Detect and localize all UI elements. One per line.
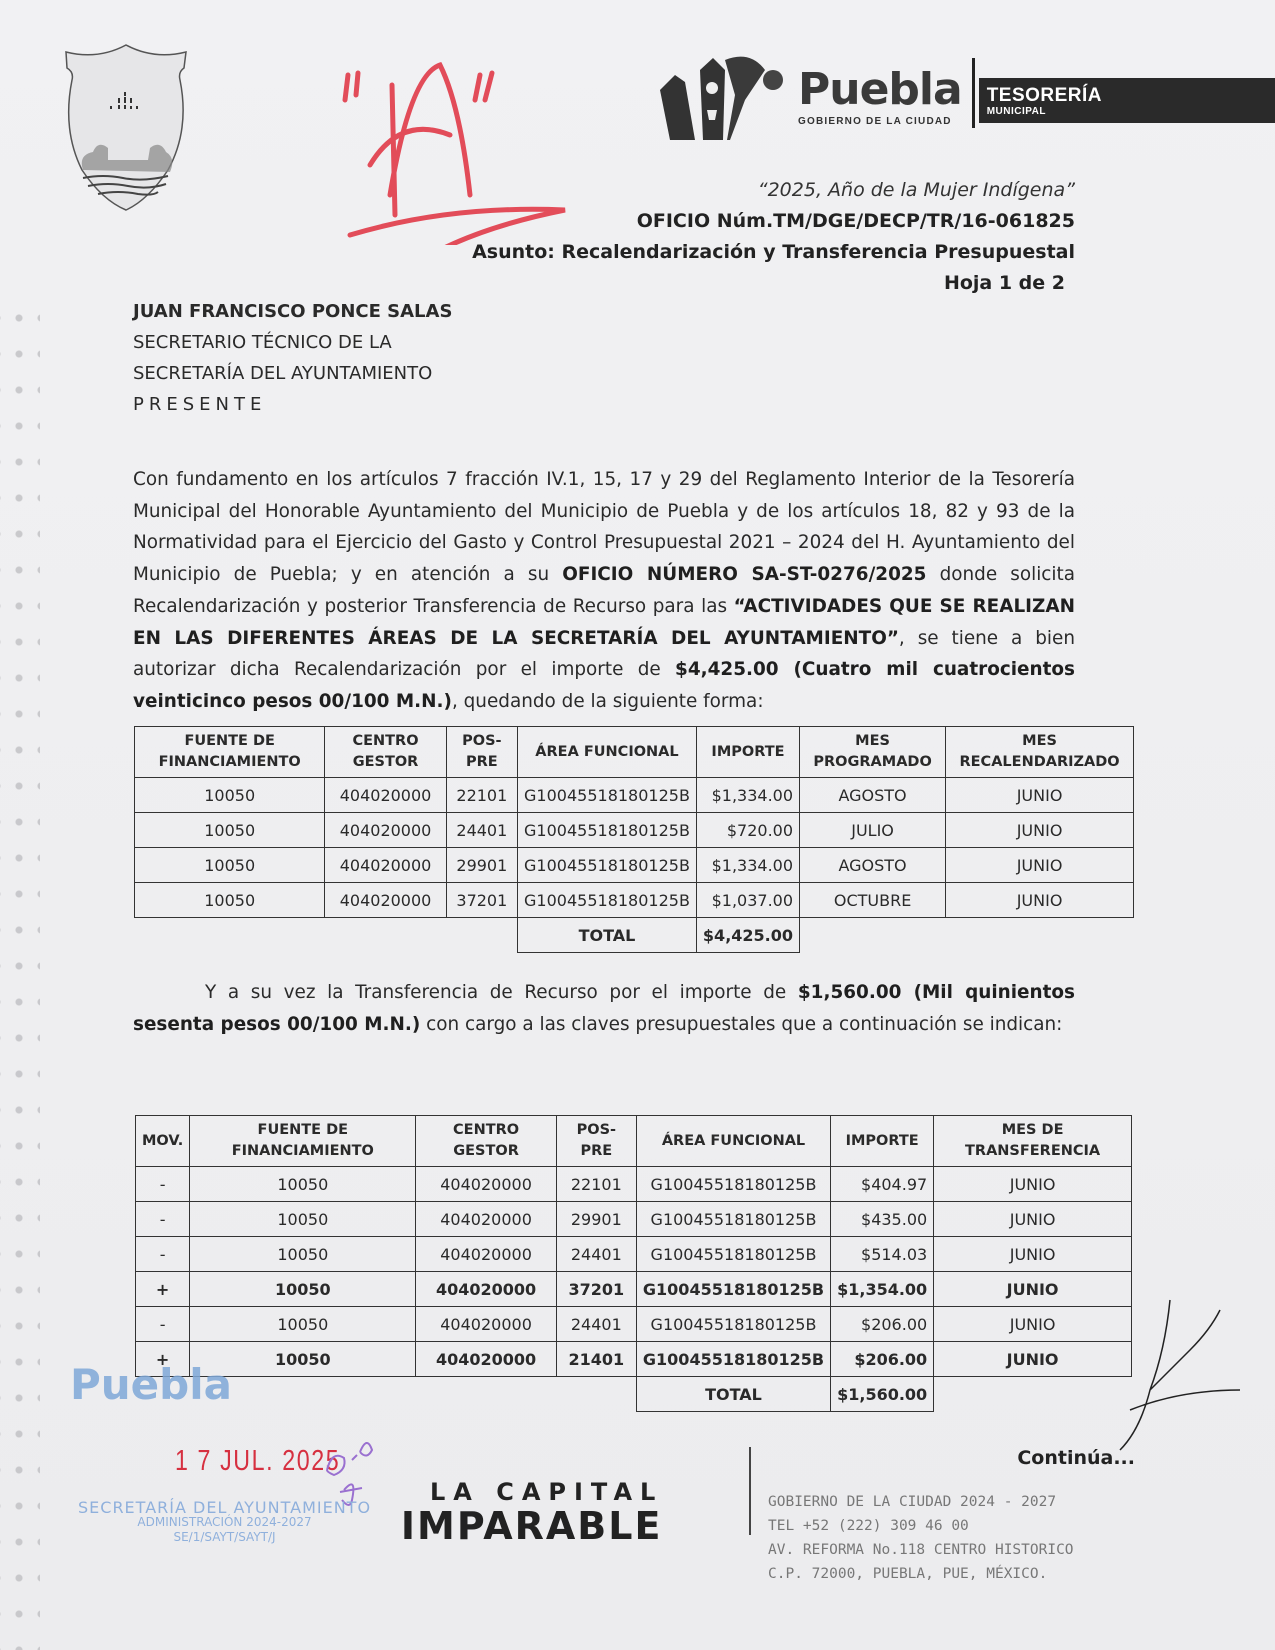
table-cell: 22101	[556, 1167, 636, 1202]
tesoreria-badge: TESORERÍA MUNICIPAL	[979, 78, 1275, 123]
badge-title: TESORERÍA	[987, 86, 1275, 106]
table-cell: G10045518180125B	[518, 813, 697, 848]
slogan-line-2: IMPARABLE	[400, 1504, 663, 1548]
table-row: -1005040402000029901G10045518180125B$435…	[136, 1202, 1132, 1237]
table-cell: JUNIO	[934, 1237, 1132, 1272]
table-cell: 22101	[446, 778, 517, 813]
table-cell: 404020000	[416, 1167, 556, 1202]
logo-subtitle: GOBIERNO DE LA CIUDAD	[798, 116, 962, 127]
address-line: TEL +52 (222) 309 46 00	[768, 1514, 1074, 1538]
table-cell: $404.97	[831, 1167, 934, 1202]
column-header: IMPORTE	[831, 1116, 934, 1167]
total-label: TOTAL	[636, 1377, 830, 1412]
table-cell: -	[136, 1237, 190, 1272]
column-header: MES RECALENDARIZADO	[946, 727, 1134, 778]
total-value: $4,425.00	[696, 918, 799, 953]
table-cell: $1,354.00	[831, 1272, 934, 1307]
transfer-table: MOV.FUENTE DE FINANCIAMIENTOCENTRO GESTO…	[135, 1115, 1132, 1412]
table-cell: 24401	[446, 813, 517, 848]
table-row: 1005040402000029901G10045518180125B$1,33…	[135, 848, 1134, 883]
table-cell: 24401	[556, 1237, 636, 1272]
table-cell: JUNIO	[934, 1167, 1132, 1202]
table-cell: G10045518180125B	[636, 1272, 830, 1307]
total-value: $1,560.00	[831, 1377, 934, 1412]
column-header: POS-PRE	[446, 727, 517, 778]
table-header-row: FUENTE DE FINANCIAMIENTOCENTRO GESTORPOS…	[135, 727, 1134, 778]
slogan-line-1: LA CAPITAL	[400, 1478, 663, 1506]
blue-reception-stamp: Puebla	[70, 1360, 232, 1409]
address-line: C.P. 72000, PUEBLA, PUE, MÉXICO.	[768, 1562, 1074, 1586]
table-cell: $1,334.00	[696, 778, 799, 813]
table-cell: JULIO	[800, 813, 946, 848]
table-cell: $1,334.00	[696, 848, 799, 883]
column-header: MES DE TRANSFERENCIA	[934, 1116, 1132, 1167]
total-label: TOTAL	[518, 918, 697, 953]
table-cell: 404020000	[325, 778, 446, 813]
table-row: -1005040402000022101G10045518180125B$404…	[136, 1167, 1132, 1202]
table-cell: 29901	[556, 1202, 636, 1237]
table-cell: G10045518180125B	[636, 1237, 830, 1272]
addressee-block: JUAN FRANCISCO PONCE SALAS SECRETARIO TÉ…	[133, 296, 452, 420]
table-cell: 404020000	[416, 1342, 556, 1377]
table-cell: -	[136, 1307, 190, 1342]
presente: PRESENTE	[133, 389, 452, 420]
table-cell: 404020000	[416, 1237, 556, 1272]
table-cell: 10050	[135, 883, 325, 918]
text: , quedando de la siguiente forma:	[452, 691, 764, 712]
perforated-edge	[0, 300, 40, 1650]
logo-divider	[972, 58, 975, 128]
table-cell: $720.00	[696, 813, 799, 848]
table-cell: -	[136, 1167, 190, 1202]
table-cell: 24401	[556, 1307, 636, 1342]
table-cell: 10050	[135, 848, 325, 883]
table-cell: 10050	[135, 813, 325, 848]
table-cell: JUNIO	[934, 1272, 1132, 1307]
motto: “2025, Año de la Mujer Indígena”	[455, 175, 1075, 206]
table-cell: 10050	[190, 1237, 416, 1272]
table-cell: 404020000	[325, 813, 446, 848]
table-cell: 37201	[446, 883, 517, 918]
table-cell: OCTUBRE	[800, 883, 946, 918]
table-cell: 21401	[556, 1342, 636, 1377]
addressee-title-1: SECRETARIO TÉCNICO DE LA	[133, 327, 452, 358]
table-row: -1005040402000024401G10045518180125B$206…	[136, 1307, 1132, 1342]
column-header: MES PROGRAMADO	[800, 727, 946, 778]
table-cell: G10045518180125B	[636, 1307, 830, 1342]
table-cell: 404020000	[325, 883, 446, 918]
table-row: 1005040402000037201G10045518180125B$1,03…	[135, 883, 1134, 918]
table-cell: JUNIO	[946, 883, 1134, 918]
table-header-row: MOV.FUENTE DE FINANCIAMIENTOCENTRO GESTO…	[136, 1116, 1132, 1167]
table-row: +1005040402000021401G10045518180125B$206…	[136, 1342, 1132, 1377]
body-paragraph-2: Y a su vez la Transferencia de Recurso p…	[133, 977, 1075, 1040]
table-cell: G10045518180125B	[518, 848, 697, 883]
blue-stamp-text: SECRETARÍA DEL AYUNTAMIENTO ADMINISTRACI…	[78, 1500, 371, 1545]
table-cell: 37201	[556, 1272, 636, 1307]
stamp-line-3: SE/1/SAYT/SAYT/J	[78, 1530, 371, 1545]
page-count: Hoja 1 de 2	[455, 268, 1075, 299]
table-cell: 10050	[135, 778, 325, 813]
text: Y a su vez la Transferencia de Recurso p…	[205, 982, 798, 1003]
column-header: CENTRO GESTOR	[416, 1116, 556, 1167]
oficio-reference: OFICIO NÚMERO SA-ST-0276/2025	[562, 564, 926, 585]
table-cell: JUNIO	[946, 813, 1134, 848]
table-cell: 404020000	[325, 848, 446, 883]
table-cell: AGOSTO	[800, 778, 946, 813]
table-cell: $435.00	[831, 1202, 934, 1237]
table-row: -1005040402000024401G10045518180125B$514…	[136, 1237, 1132, 1272]
table-cell: 29901	[446, 848, 517, 883]
stamp-line-1: SECRETARÍA DEL AYUNTAMIENTO	[78, 1500, 371, 1515]
table-cell: AGOSTO	[800, 848, 946, 883]
table-cell: +	[136, 1272, 190, 1307]
table-cell: JUNIO	[934, 1307, 1132, 1342]
puebla-logo: Puebla GOBIERNO DE LA CIUDAD TESORERÍA M…	[655, 50, 1275, 140]
document-page: Puebla GOBIERNO DE LA CIUDAD TESORERÍA M…	[0, 0, 1275, 1650]
coat-of-arms-icon	[58, 40, 193, 215]
column-header: ÁREA FUNCIONAL	[518, 727, 697, 778]
table-cell: 10050	[190, 1272, 416, 1307]
column-header: MOV.	[136, 1116, 190, 1167]
table-cell: G10045518180125B	[518, 883, 697, 918]
table-cell: -	[136, 1202, 190, 1237]
table-row: +1005040402000037201G10045518180125B$1,3…	[136, 1272, 1132, 1307]
table-cell: 10050	[190, 1307, 416, 1342]
table-cell: $1,037.00	[696, 883, 799, 918]
body-paragraph-1: Con fundamento en los artículos 7 fracci…	[133, 464, 1075, 718]
table-cell: JUNIO	[946, 778, 1134, 813]
badge-subtitle: MUNICIPAL	[987, 106, 1275, 117]
stamp-line-2: ADMINISTRACIÓN 2024-2027	[78, 1515, 371, 1530]
table-row: 1005040402000024401G10045518180125B$720.…	[135, 813, 1134, 848]
column-header: FUENTE DE FINANCIAMIENTO	[190, 1116, 416, 1167]
table-cell: 404020000	[416, 1272, 556, 1307]
column-header: ÁREA FUNCIONAL	[636, 1116, 830, 1167]
addressee-name: JUAN FRANCISCO PONCE SALAS	[133, 296, 452, 327]
table-cell: 404020000	[416, 1307, 556, 1342]
total-row: TOTAL$1,560.00	[136, 1377, 1132, 1412]
footer-divider	[749, 1447, 751, 1535]
city-landmarks-icon	[655, 50, 790, 140]
table-cell: 10050	[190, 1202, 416, 1237]
oficio-number: OFICIO Núm.TM/DGE/DECP/TR/16-061825	[455, 206, 1075, 237]
signature	[1110, 1290, 1250, 1460]
subject: Asunto: Recalendarización y Transferenci…	[455, 237, 1075, 268]
letter-header: “2025, Año de la Mujer Indígena” OFICIO …	[455, 175, 1075, 299]
logo-name: Puebla	[798, 68, 962, 112]
slogan-logo: LA CAPITAL IMPARABLE	[400, 1478, 663, 1548]
table-cell: JUNIO	[934, 1202, 1132, 1237]
table-cell: $206.00	[831, 1307, 934, 1342]
column-header: POS-PRE	[556, 1116, 636, 1167]
table-cell: $514.03	[831, 1237, 934, 1272]
table-cell: JUNIO	[946, 848, 1134, 883]
table-cell: G10045518180125B	[636, 1342, 830, 1377]
table-cell: $206.00	[831, 1342, 934, 1377]
table-cell: 404020000	[416, 1202, 556, 1237]
addressee-title-2: SECRETARÍA DEL AYUNTAMIENTO	[133, 358, 452, 389]
column-header: CENTRO GESTOR	[325, 727, 446, 778]
table-cell: G10045518180125B	[518, 778, 697, 813]
text: con cargo a las claves presupuestales qu…	[420, 1014, 1062, 1035]
recalendarization-table: FUENTE DE FINANCIAMIENTOCENTRO GESTORPOS…	[134, 726, 1134, 953]
table-row: 1005040402000022101G10045518180125B$1,33…	[135, 778, 1134, 813]
address-line: GOBIERNO DE LA CIUDAD 2024 - 2027	[768, 1490, 1074, 1514]
column-header: FUENTE DE FINANCIAMIENTO	[135, 727, 325, 778]
table-cell: JUNIO	[934, 1342, 1132, 1377]
table-cell: G10045518180125B	[636, 1202, 830, 1237]
column-header: IMPORTE	[696, 727, 799, 778]
address-line: AV. REFORMA No.118 CENTRO HISTORICO	[768, 1538, 1074, 1562]
stamp-logo: Puebla	[70, 1360, 232, 1409]
received-date-stamp: 1 7 JUL. 2025	[175, 1445, 340, 1478]
footer-address: GOBIERNO DE LA CIUDAD 2024 - 2027 TEL +5…	[768, 1490, 1074, 1586]
total-row: TOTAL$4,425.00	[135, 918, 1134, 953]
table-cell: 10050	[190, 1167, 416, 1202]
table-cell: G10045518180125B	[636, 1167, 830, 1202]
